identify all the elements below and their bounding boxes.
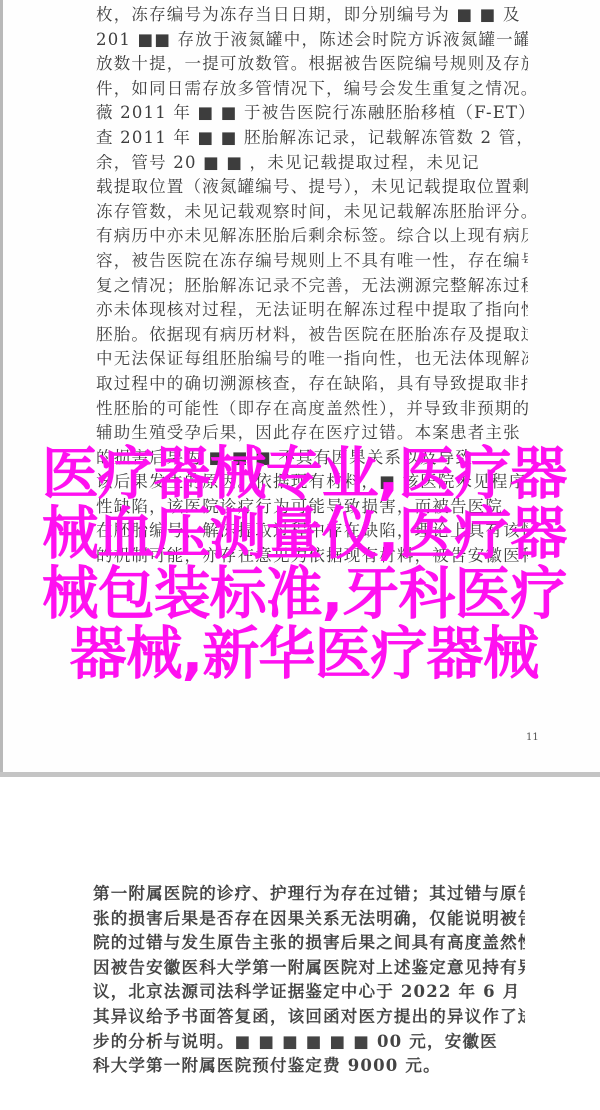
text-line: 枚，冻存编号为冻存当日日期，即分别编号为 ■ ■ 及 xyxy=(96,3,528,28)
text-line: 张的损害后果是否存在因果关系无法明确，仅能说明被告医 xyxy=(93,907,525,932)
text-line: 亦未体现核对过程，无法证明在解冻过程中提取了指向性的 xyxy=(96,298,528,323)
page-number: 11 xyxy=(526,732,539,743)
text-line: 件，如同日需存放多管情况下，编号会发生重复之情况。黄 xyxy=(96,77,528,102)
text-line: 放数十提，一提可放数管。根据被告医院编号规则及存放条 xyxy=(96,52,528,77)
overlay-line: 械血压测量仪,医疗器 xyxy=(8,504,600,564)
overlay-line: 器械,新华医疗器械 xyxy=(8,624,600,684)
overlay-line: 械包装标准,牙科医疗 xyxy=(8,564,600,624)
text-line: 载提取位置（液氮罐编号、提号），未见记载提取位置剩余 xyxy=(96,175,528,200)
text-line: 其异议给予书面答复函，该回函对医方提出的异议作了进一 xyxy=(93,1005,525,1030)
page-2-body-text: 第一附属医院的诊疗、护理行为存在过错；其过错与原告主 张的损害后果是否存在因果关… xyxy=(93,882,525,1079)
text-line: 性胚胎的可能性（即存在高度盖然性），并导致非预期的 xyxy=(96,397,528,422)
text-line: 有病历中亦未见解冻胚胎后剩余标签。综合以上现有病历内 xyxy=(96,224,528,249)
text-line: 议，北京法源司法科学证据鉴定中心于 2022 年 6 月 20 日对 xyxy=(93,980,525,1005)
text-line: 中无法保证每组胚胎编号的唯一指向性，也无法体现解冻提 xyxy=(96,347,528,372)
text-line: 因被告安徽医科大学第一附属医院对上述鉴定意见持有异 xyxy=(93,956,525,981)
text-line: 冻存管数，未见记载观察时间，未见记载解冻胚胎评分。现 xyxy=(96,200,528,225)
watermark-overlay-title: 医疗器械专业,医疗器 械血压测量仪,医疗器 械包装标准,牙科医疗 器械,新华医疗… xyxy=(8,444,600,684)
text-line: 查 2011 年 ■ ■ 胚胎解冻记录，记载解冻管数 2 管，无 xyxy=(96,126,528,151)
overlay-line: 医疗器械专业,医疗器 xyxy=(8,444,600,504)
text-line: 院的过错与发生原告主张的损害后果之间具有高度盖然性。 xyxy=(93,931,525,956)
text-line: 胚胎。依据现有病历材料，被告医院在胚胎冻存及提取过程 xyxy=(96,323,528,348)
text-line: 余，管号 20 ■ ■ ，未见记载提取过程，未见记 xyxy=(96,151,528,176)
text-line: 容，被告医院在冻存编号规则上不具有唯一性，存在编号重 xyxy=(96,249,528,274)
document-page-2: 第一附属医院的诊疗、护理行为存在过错；其过错与原告主 张的损害后果是否存在因果关… xyxy=(0,777,600,1110)
text-line: 薇 2011 年 ■ ■ 于被告医院行冻融胚胎移植（F-ET），审 xyxy=(96,101,528,126)
text-line: 步的分析与说明。■ ■ ■ ■ ■ ■ 00 元，安徽医 xyxy=(93,1030,525,1055)
text-line: 第一附属医院的诊疗、护理行为存在过错；其过错与原告主 xyxy=(93,882,525,907)
text-line: 科大学第一附属医院预付鉴定费 9000 元。 xyxy=(93,1054,525,1079)
text-line: 复之情况；胚胎解冻记录不完善，无法溯源完整解冻过程， xyxy=(96,274,528,299)
text-line: 201 ■■ 存放于液氮罐中，陈述会时院方诉液氮罐一罐可 xyxy=(96,28,528,53)
text-line: 取过程中的确切溯源核查，存在缺陷，具有导致提取非指向 xyxy=(96,372,528,397)
